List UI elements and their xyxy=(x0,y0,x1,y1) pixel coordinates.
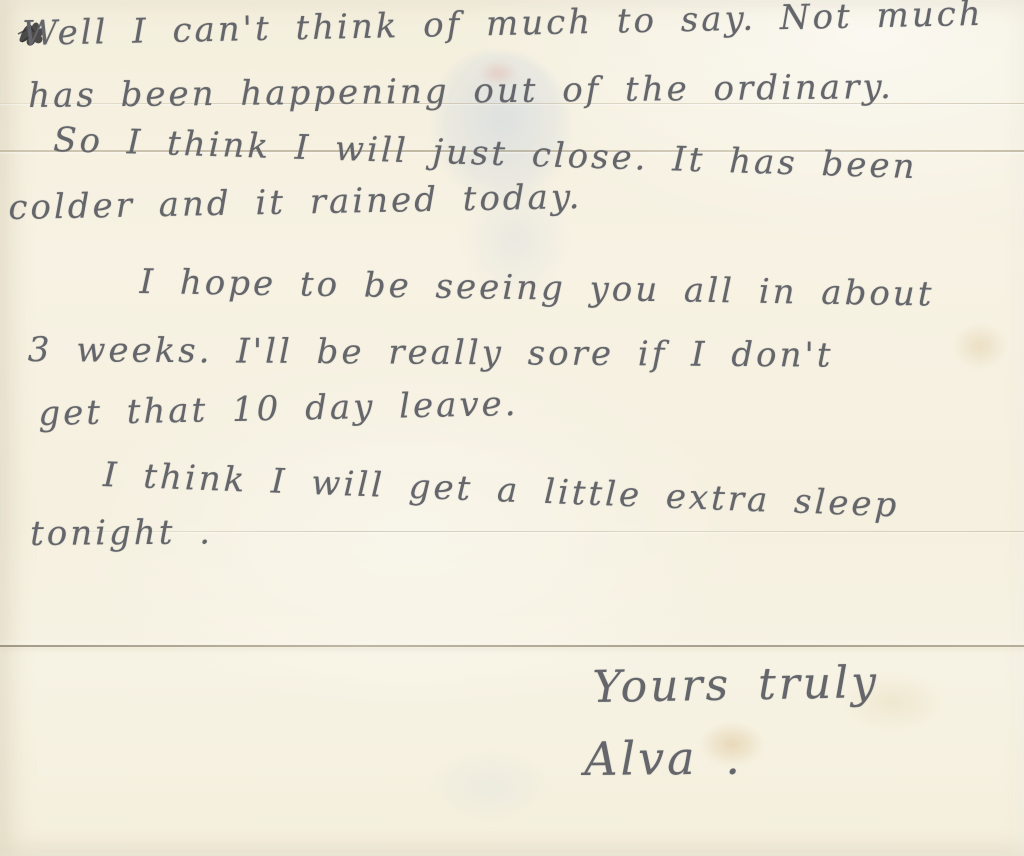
letter-line: I hope to be seeing you all in about xyxy=(139,262,934,314)
letter-line: tonight . xyxy=(30,512,213,554)
letter-line: So I think I will just close. It has bee… xyxy=(53,120,918,187)
letter-line: colder and it rained today. xyxy=(8,177,583,228)
letter-line: I think I will get a little extra sleep xyxy=(102,455,900,526)
valediction: Yours truly xyxy=(592,657,879,713)
fold-crease-lower xyxy=(0,645,1024,647)
paper-stain-right xyxy=(952,322,1008,370)
letter-line: has been happening out of the ordinary. xyxy=(28,67,894,116)
signature: Alva . xyxy=(584,731,743,786)
paper-stain-bottom xyxy=(430,752,550,822)
letter-line: 3 weeks. I'll be really sore if I don't xyxy=(28,330,834,376)
letter-page: Well I can't think of much to say. Not m… xyxy=(0,0,1024,856)
letter-line: get that 10 day leave. xyxy=(38,384,519,434)
letter-line: Well I can't think of much to say. Not m… xyxy=(22,0,984,54)
